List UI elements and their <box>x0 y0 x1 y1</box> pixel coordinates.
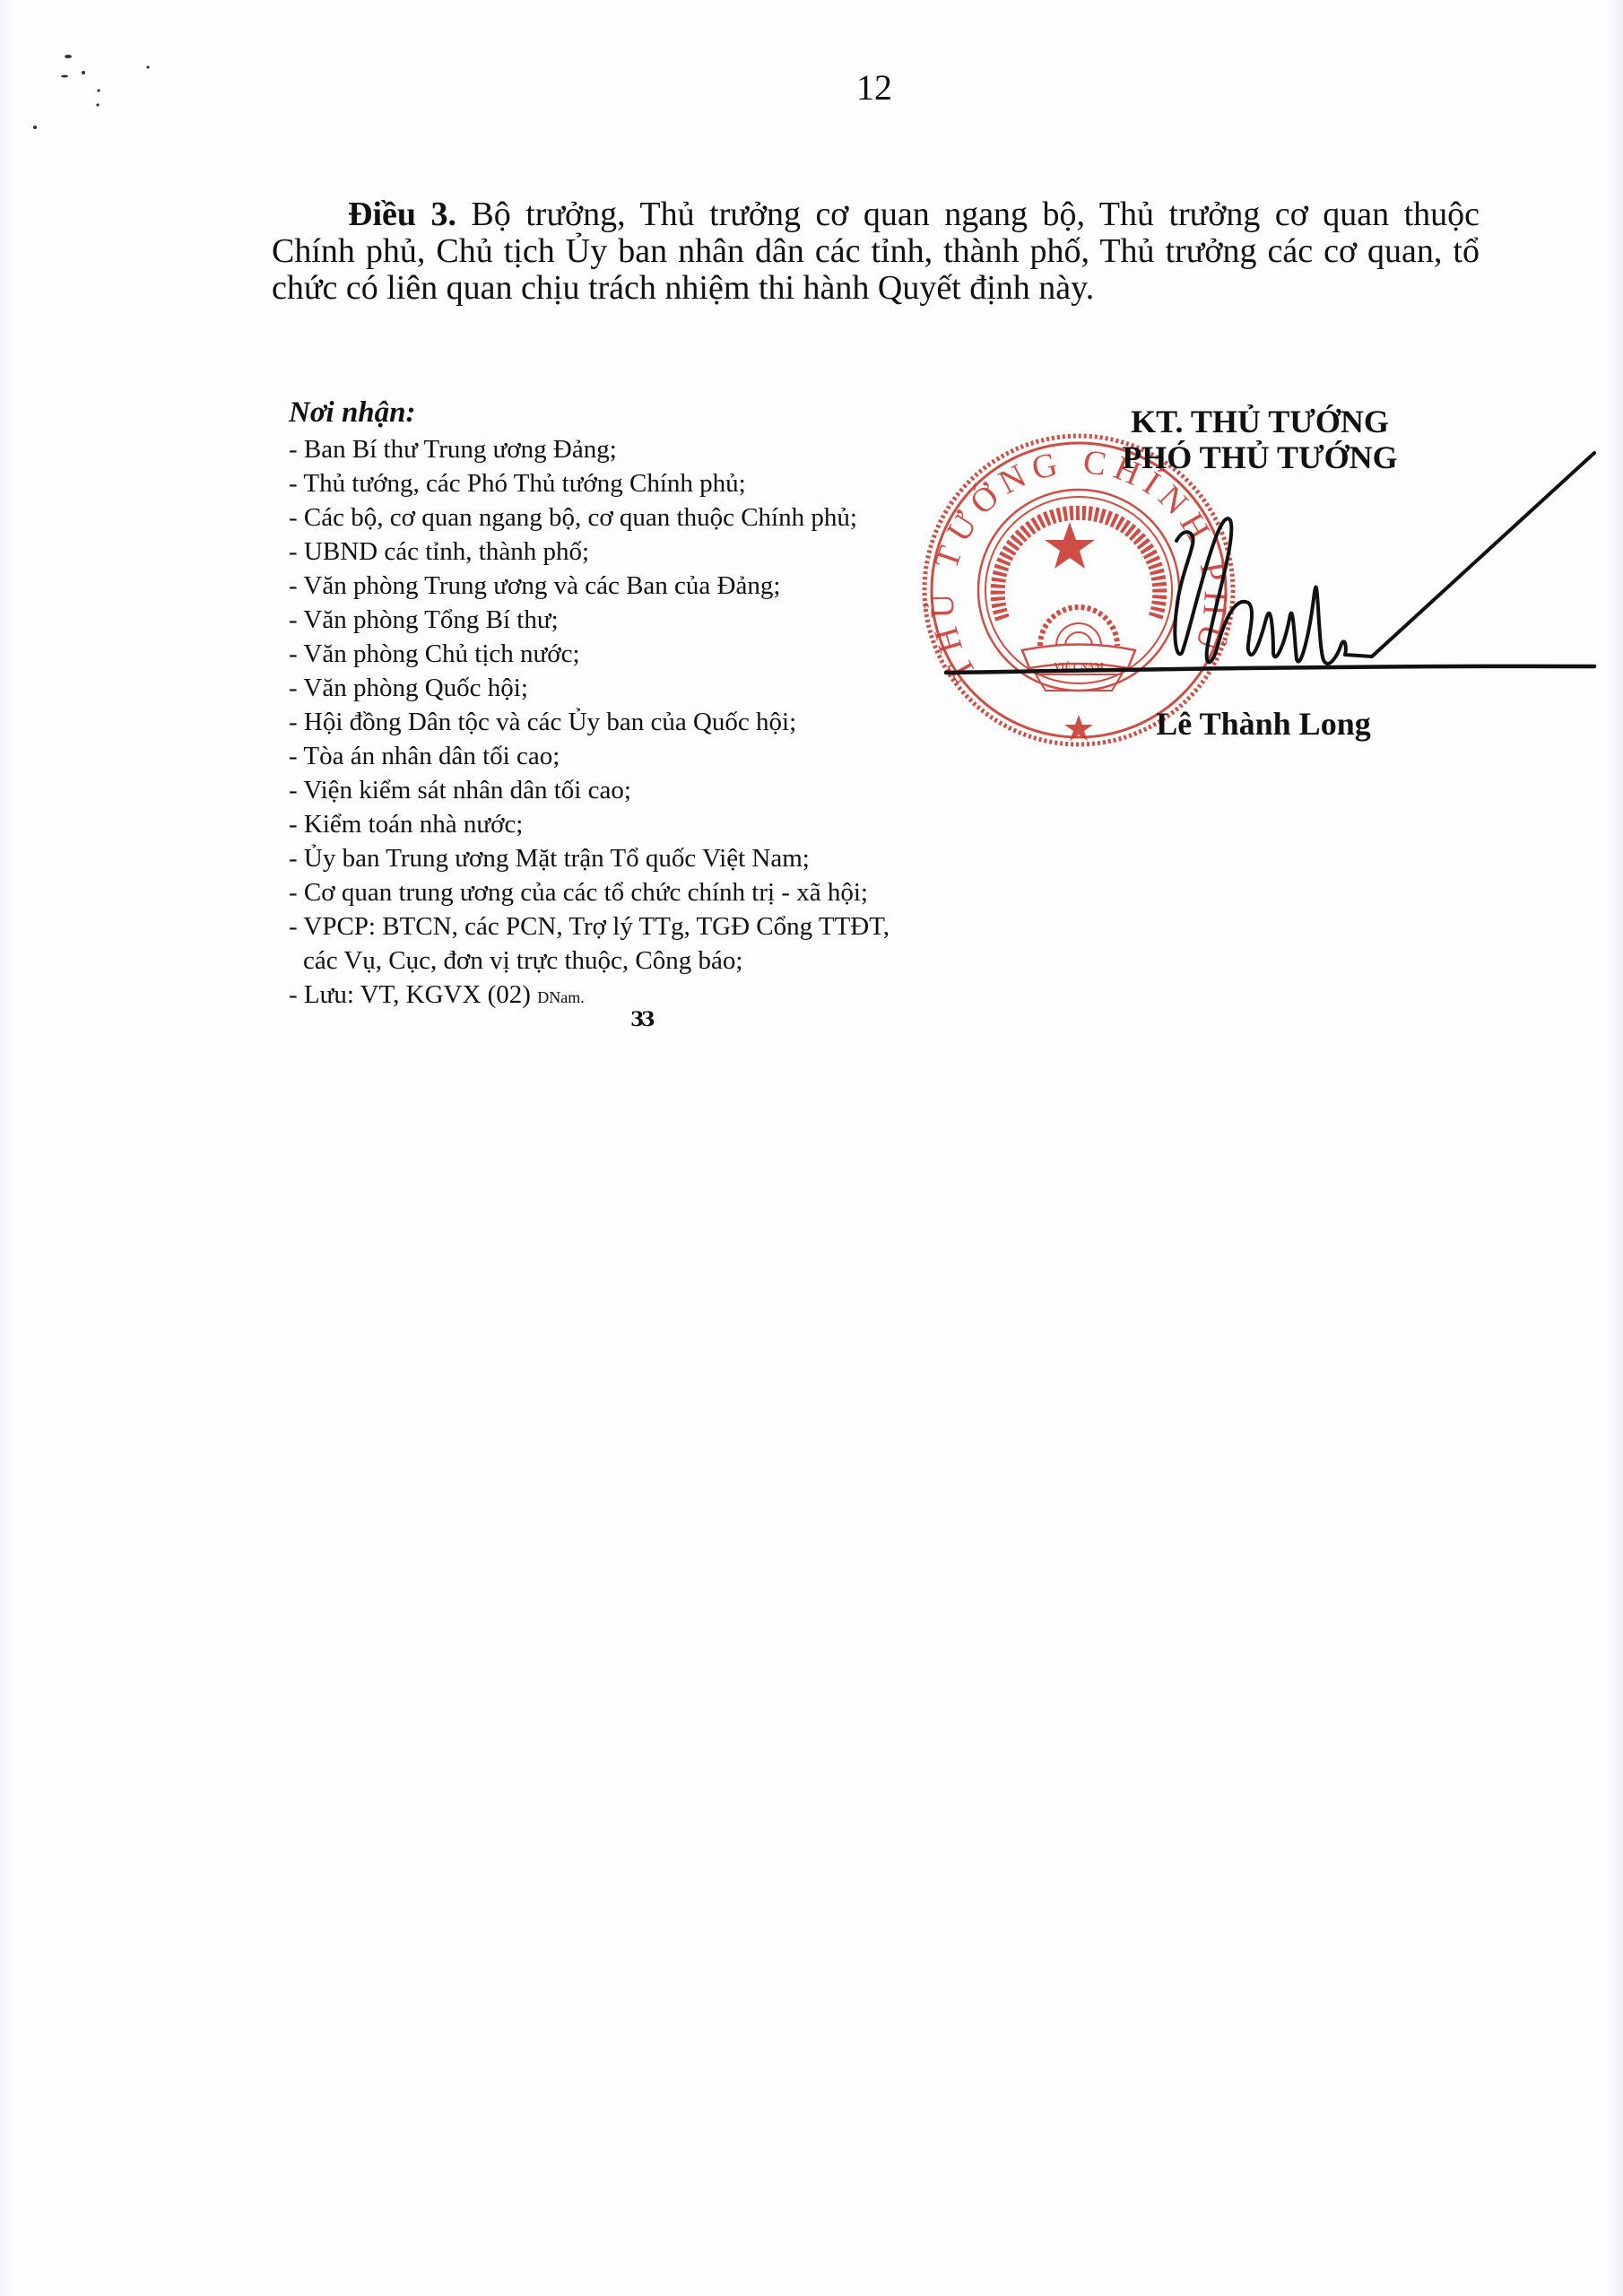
recipient-item: - VPCP: BTCN, các PCN, Trợ lý TTg, TGĐ C… <box>289 909 1006 944</box>
handwritten-signature <box>0 0 1623 807</box>
archive-text: - Lưu: VT, KGVX (02) <box>289 980 531 1009</box>
recipient-item: - Ủy ban Trung ương Mặt trận Tổ quốc Việ… <box>289 841 1006 875</box>
archive-initials: DNam. <box>537 988 585 1006</box>
signer-name: Lê Thành Long <box>1084 706 1443 742</box>
recipient-item: - Kiểm toán nhà nước; <box>289 807 1006 841</box>
recipient-item: - Cơ quan trung ương của các tổ chức chí… <box>289 875 1006 909</box>
recipient-item-continuation: các Vụ, Cục, đơn vị trực thuộc, Công báo… <box>289 944 1006 978</box>
archive-count-mark: 33 <box>630 1008 653 1031</box>
